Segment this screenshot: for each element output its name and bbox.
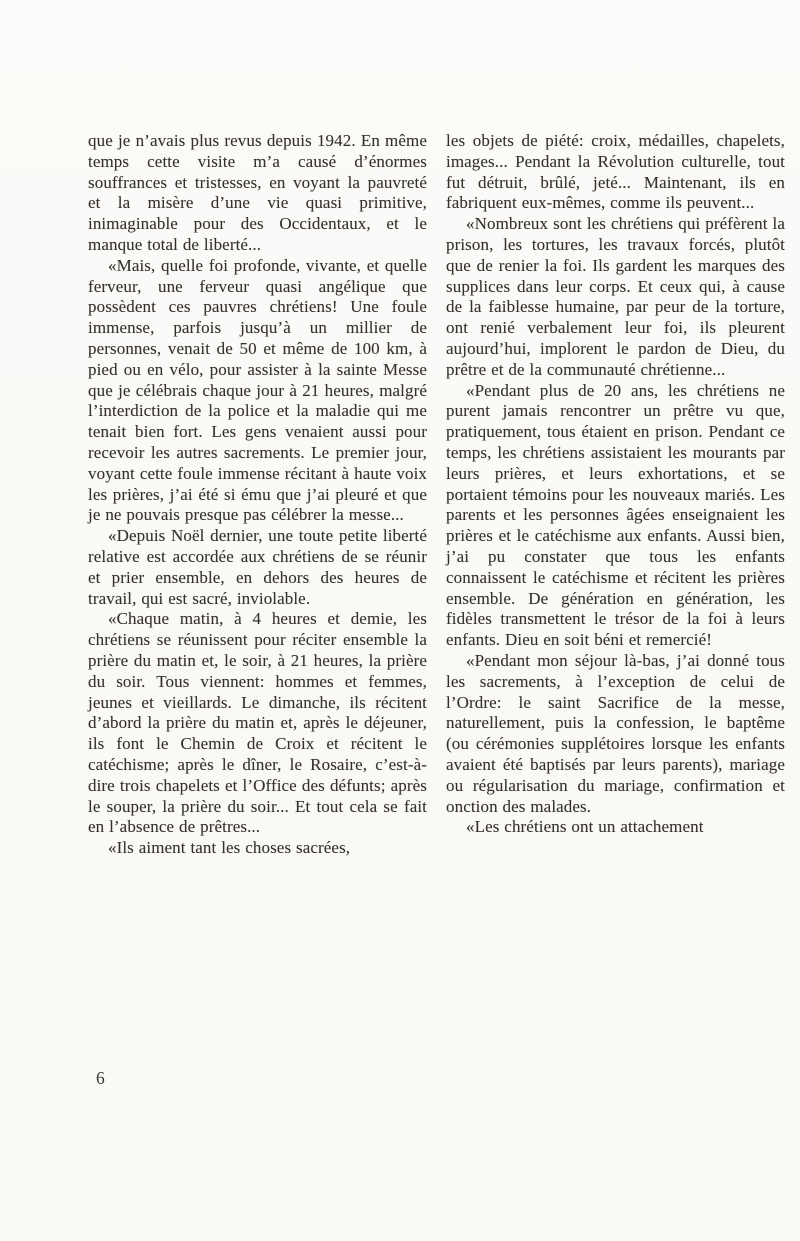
paragraph: que je n’avais plus revus depuis 1942. E… [88,131,427,256]
paragraph: les objets de piété: croix, médailles, c… [446,131,785,214]
right-column: les objets de piété: croix, médailles, c… [446,131,785,859]
paragraph: «Chaque matin, à 4 heures et demie, les … [88,609,427,838]
left-column: que je n’avais plus revus depuis 1942. E… [88,131,427,859]
paragraph: «Les chrétiens ont un attachement [446,817,785,838]
scanned-book-page: que je n’avais plus revus depuis 1942. E… [0,0,800,1241]
paragraph: «Depuis Noël dernier, une toute petite l… [88,526,427,609]
page-number: 6 [96,1068,105,1089]
paragraph: «Nombreux sont les chrétiens qui préfère… [446,214,785,380]
two-column-text-block: que je n’avais plus revus depuis 1942. E… [88,131,784,859]
paragraph: «Ils aiment tant les choses sacrées, [88,838,427,859]
paragraph: «Pendant plus de 20 ans, les chrétiens n… [446,381,785,651]
paragraph: «Pendant mon séjour là-bas, j’ai donné t… [446,651,785,817]
paragraph: «Mais, quelle foi profonde, vivante, et … [88,256,427,526]
